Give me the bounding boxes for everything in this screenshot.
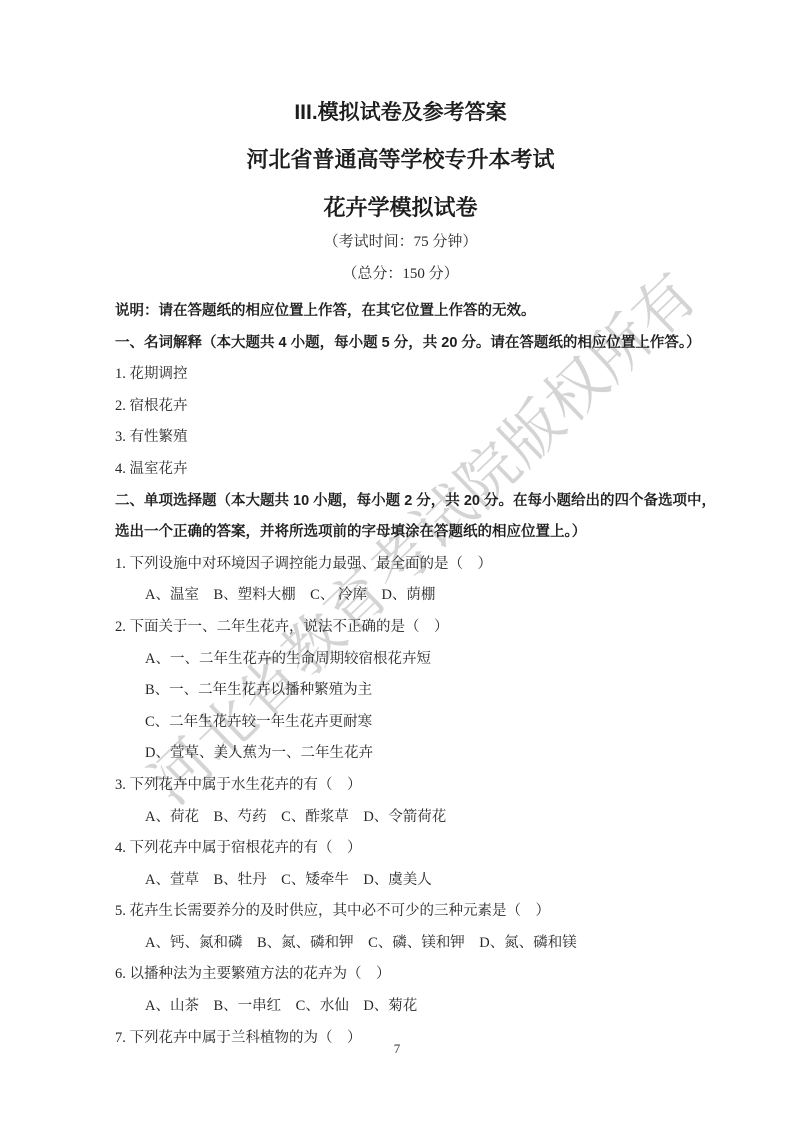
options-line: A、萱草 B、牡丹 C、矮牵牛 D、虞美人 [115,865,686,897]
question-line: 4. 下列花卉中属于宿根花卉的有（ ） [115,833,686,865]
question-line: 1. 花期调控 [115,359,686,391]
question-line: 3. 下列花卉中属于水生花卉的有（ ） [115,770,686,802]
section-heading-line: 一、名词解释（本大题共 4 小题，每小题 5 分，共 20 分。请在答题纸的相应… [115,328,686,360]
exam-name-title: 河北省普通高等学校专升本考试 [115,146,686,174]
question-line: 3. 有性繁殖 [115,422,686,454]
instructions-line: 说明：请在答题纸的相应位置上作答，在其它位置上作答的无效。 [115,296,686,328]
section-heading-line: 二、单项选择题（本大题共 10 小题，每小题 2 分，共 20 分。在每小题给出… [115,486,686,518]
total-score-line: （总分：150 分） [115,264,686,284]
section-heading: III.模拟试卷及参考答案 [115,100,686,126]
options-line: C、二年生花卉较一年生花卉更耐寒 [115,707,686,739]
exam-document-page: 河北省教育考试院版权所有 III.模拟试卷及参考答案 河北省普通高等学校专升本考… [0,0,794,1123]
question-line: 6. 以播种法为主要繁殖方法的花卉为（ ） [115,959,686,991]
options-line: A、山茶 B、一串红 C、水仙 D、菊花 [115,991,686,1023]
options-line: A、荷花 B、芍药 C、酢浆草 D、令箭荷花 [115,802,686,834]
options-line: A、钙、氮和磷 B、氮、磷和钾 C、磷、镁和钾 D、氮、磷和镁 [115,928,686,960]
options-line: A、一、二年生花卉的生命周期较宿根花卉短 [115,644,686,676]
question-line: 2. 宿根花卉 [115,391,686,423]
section-heading-line: 选出一个正确的答案，并将所选项前的字母填涂在答题纸的相应位置上。） [115,517,686,549]
paper-name-title: 花卉学模拟试卷 [115,194,686,222]
exam-body: 说明：请在答题纸的相应位置上作答，在其它位置上作答的无效。一、名词解释（本大题共… [115,296,686,1054]
options-line: D、萱草、美人蕉为一、二年生花卉 [115,738,686,770]
page-number: 7 [0,1040,794,1058]
question-line: 4. 温室花卉 [115,454,686,486]
options-line: A、温室 B、塑料大棚 C、 冷库 D、荫棚 [115,580,686,612]
options-line: B、一、二年生花卉以播种繁殖为主 [115,675,686,707]
document-header: III.模拟试卷及参考答案 河北省普通高等学校专升本考试 花卉学模拟试卷 （考试… [115,100,686,284]
question-line: 2. 下面关于一、二年生花卉，说法不正确的是（ ） [115,612,686,644]
question-line: 5. 花卉生长需要养分的及时供应，其中必不可少的三种元素是（ ） [115,896,686,928]
exam-time-line: （考试时间：75 分钟） [115,232,686,252]
question-line: 1. 下列设施中对环境因子调控能力最强、最全面的是（ ） [115,549,686,581]
